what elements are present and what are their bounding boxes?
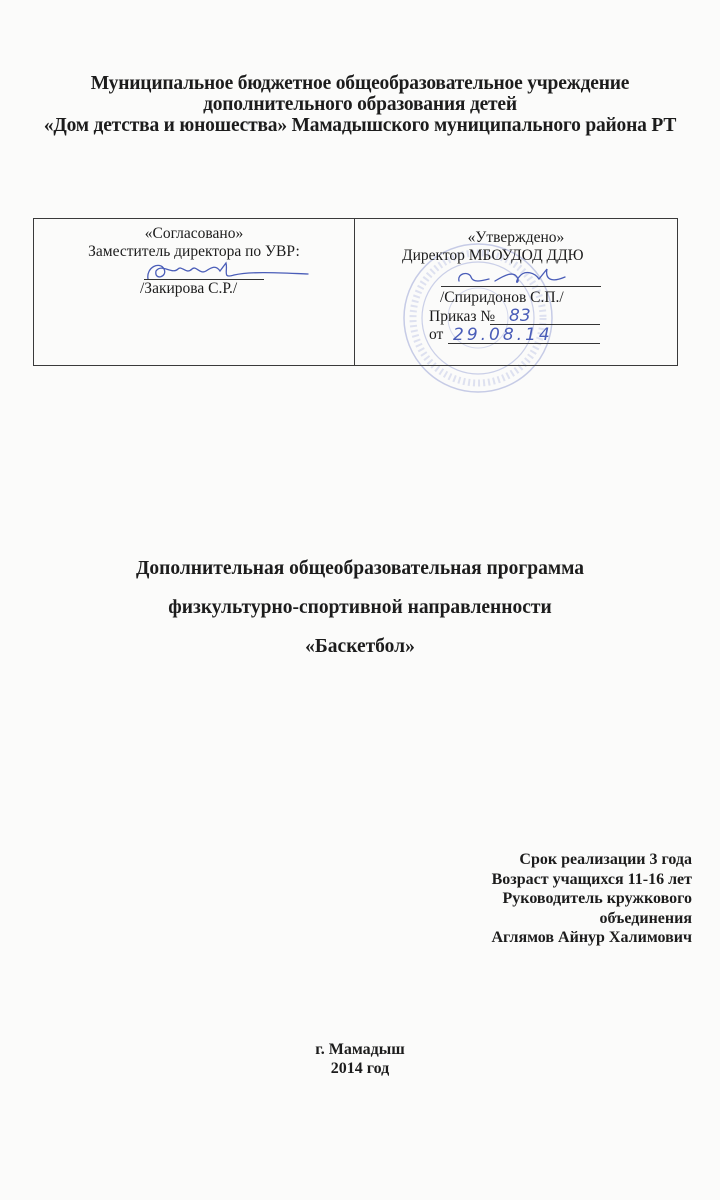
approved-cell: «Утверждено» Директор МБОУДОД ДДЮ /Спири… — [355, 219, 677, 365]
signature-line — [441, 286, 601, 287]
header-line: Муниципальное бюджетное общеобразователь… — [0, 73, 720, 94]
program-title-line: Дополнительная общеобразовательная прогр… — [0, 558, 720, 597]
program-title-line: физкультурно-спортивной направленности — [0, 597, 720, 636]
footer-year: 2014 год — [0, 1059, 720, 1078]
program-title: Дополнительная общеобразовательная прогр… — [0, 558, 720, 675]
header-line: «Дом детства и юношества» Мамадышского м… — [0, 115, 720, 136]
agreed-name: /Закирова С.Р./ — [140, 280, 237, 297]
info-duration: Срок реализации 3 года — [491, 850, 692, 870]
header-line: дополнительного образования детей — [0, 94, 720, 115]
footer: г. Мамадыш 2014 год — [0, 1040, 720, 1078]
svg-text:29.08.14: 29.08.14 — [453, 325, 553, 345]
info-age: Возраст учащихся 11-16 лет — [491, 870, 692, 890]
program-title-line: «Баскетбол» — [0, 636, 720, 675]
info-leader-name: Аглямов Айнур Халимович — [491, 928, 692, 948]
approved-position: Директор МБОУДОД ДДЮ — [402, 247, 584, 264]
institution-header: Муниципальное бюджетное общеобразователь… — [0, 73, 720, 136]
document-page: Муниципальное бюджетное общеобразователь… — [0, 0, 720, 1200]
footer-city: г. Мамадыш — [0, 1040, 720, 1059]
program-info: Срок реализации 3 года Возраст учащихся … — [491, 850, 692, 948]
approval-table: «Согласовано» Заместитель директора по У… — [33, 218, 678, 366]
info-leader-label-cont: объединения — [491, 909, 692, 929]
agreed-cell: «Согласовано» Заместитель директора по У… — [34, 219, 355, 365]
agreed-title: «Согласовано» — [34, 225, 354, 242]
date-handwritten: 29.08.14 — [451, 321, 581, 345]
approved-title: «Утверждено» — [355, 229, 677, 246]
date-label: от — [429, 326, 443, 343]
info-leader-label: Руководитель кружкового — [491, 889, 692, 909]
